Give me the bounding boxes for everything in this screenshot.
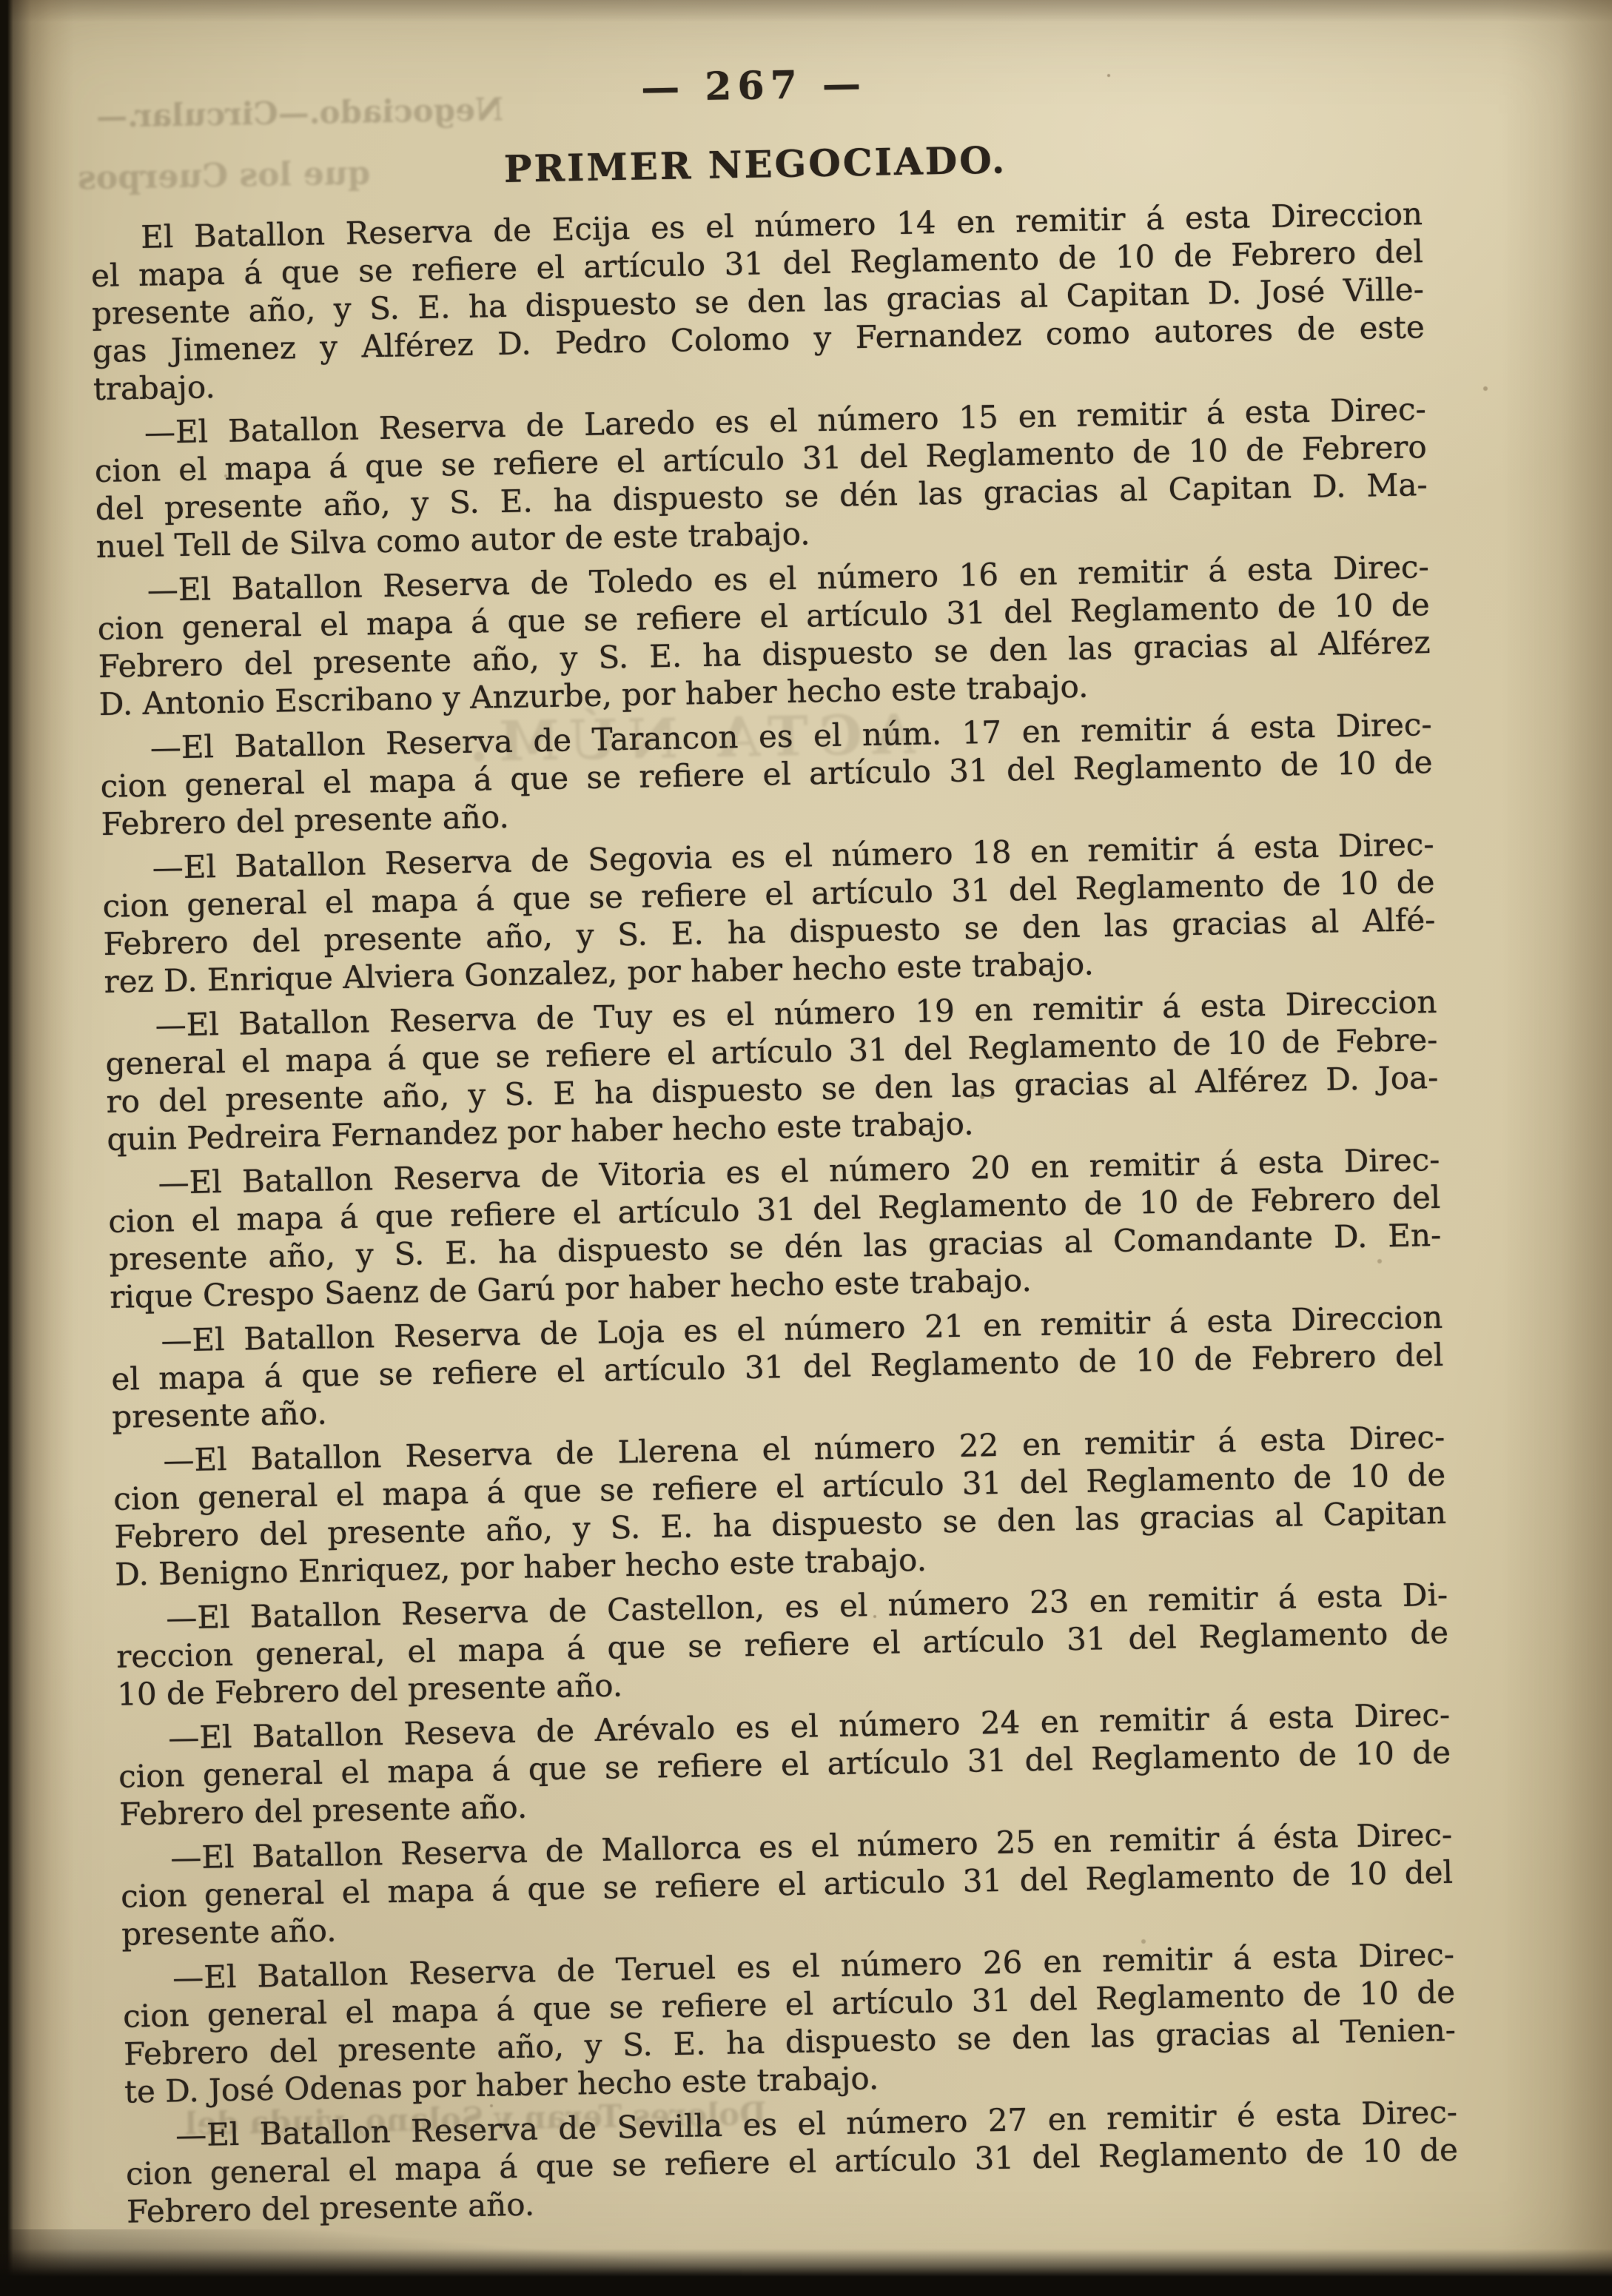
page-number: — 267 — — [87, 51, 1420, 121]
paragraph: —El Batallon Reserva de Vitoria es el nú… — [107, 1141, 1442, 1316]
paragraph: —El Batallon Reserva de Sevilla es el nú… — [125, 2093, 1460, 2231]
paragraph: —El Batallon Reserva de Tuy es el número… — [104, 983, 1439, 1158]
paragraph: —El Batallon Reserva de Toledo es el núm… — [96, 548, 1431, 723]
paper-specks — [0, 0, 3, 3]
page-bottom-shadow — [0, 2229, 742, 2296]
paragraph: —El Batallon Reserva de Loja es el númer… — [110, 1298, 1445, 1436]
body-text: El Batallon Reserva de Ecija es el númer… — [90, 195, 1460, 2231]
paragraph: —El Batallon Reserva de Tarancon es el n… — [99, 705, 1434, 843]
section-heading: PRIMER NEGOCIADO. — [89, 130, 1422, 198]
paragraph: —El Batallon Reserva de Segovia es el nú… — [101, 825, 1436, 1001]
paragraph: —El Batallon Reserva de Teruel es el núm… — [122, 1936, 1457, 2111]
paragraph: —El Batallon Reserva de Mallorca es el n… — [120, 1816, 1454, 1953]
paragraph: El Batallon Reserva de Ecija es el númer… — [90, 195, 1425, 408]
page-content: — 267 — PRIMER NEGOCIADO. El Batallon Re… — [87, 51, 1459, 2237]
page-top-edge — [0, 0, 1612, 22]
page-right-edge — [1501, 0, 1612, 2296]
paragraph: —El Batallon Reserva de Castellon, es el… — [115, 1576, 1450, 1713]
paragraph: —El Batallon Reseva de Arévalo es el núm… — [118, 1696, 1452, 1833]
scanned-page: Negociado.—Circular.— que los Cuerpos AC… — [0, 0, 1612, 2296]
page-bottom-edge — [0, 2249, 1612, 2296]
binding-edge — [0, 0, 74, 2296]
paragraph: —El Batallon Reserva de Laredo es el núm… — [94, 390, 1428, 565]
paragraph: —El Batallon Reserva de Llerena el númer… — [112, 1418, 1447, 1594]
